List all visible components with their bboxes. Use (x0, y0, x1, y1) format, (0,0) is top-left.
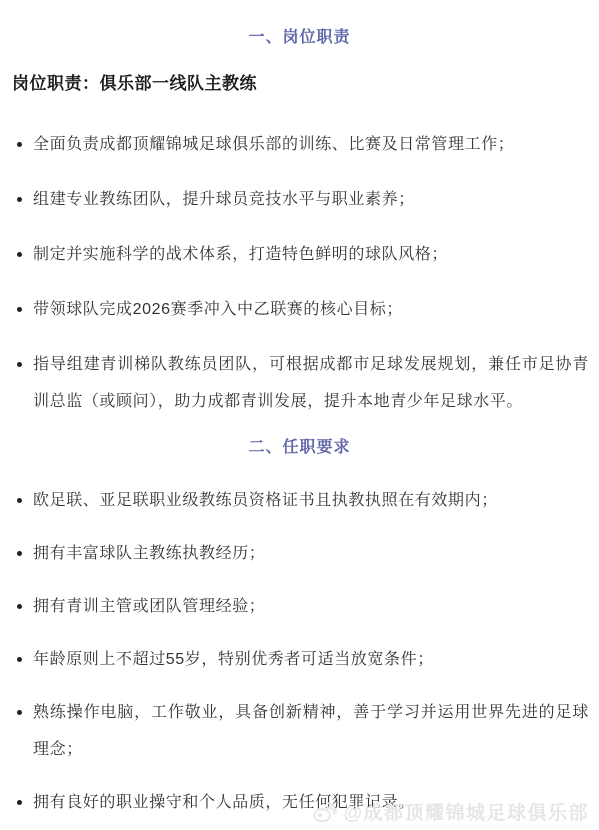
document-page: 一、岗位职责 岗位职责：俱乐部一线队主教练 全面负责成都顶耀锦城足球俱乐部的训练… (0, 0, 599, 830)
list-item: 组建专业教练团队，提升球员竞技水平与职业素养； (10, 181, 589, 218)
list-item: 全面负责成都顶耀锦城足球俱乐部的训练、比赛及日常管理工作； (10, 126, 589, 163)
responsibilities-list: 全面负责成都顶耀锦城足球俱乐部的训练、比赛及日常管理工作； 组建专业教练团队，提… (10, 126, 589, 420)
list-item: 熟练操作电脑，工作敬业，具备创新精神，善于学习并运用世界先进的足球理念； (10, 694, 589, 768)
list-item: 拥有丰富球队主教练执教经历； (10, 535, 589, 572)
list-item: 欧足联、亚足联职业级教练员资格证书且执教执照在有效期内； (10, 482, 589, 519)
requirements-list: 欧足联、亚足联职业级教练员资格证书且执教执照在有效期内； 拥有丰富球队主教练执教… (10, 482, 589, 821)
job-position-title: 岗位职责：俱乐部一线队主教练 (12, 74, 589, 94)
list-item: 指导组建青训梯队教练员团队，可根据成都市足球发展规划，兼任市足协青训总监（或顾问… (10, 346, 589, 420)
list-item: 带领球队完成2026赛季冲入中乙联赛的核心目标； (10, 291, 589, 328)
section-2-title: 二、任职要求 (10, 440, 589, 456)
list-item: 年龄原则上不超过55岁，特别优秀者可适当放宽条件； (10, 641, 589, 678)
list-item: 制定并实施科学的战术体系，打造特色鲜明的球队风格； (10, 236, 589, 273)
weibo-icon (312, 799, 338, 825)
watermark-text: @成都顶耀锦城足球俱乐部 (343, 798, 589, 825)
watermark: @成都顶耀锦城足球俱乐部 (312, 798, 589, 825)
list-item: 拥有青训主管或团队管理经验； (10, 588, 589, 625)
section-1-title: 一、岗位职责 (10, 0, 589, 46)
